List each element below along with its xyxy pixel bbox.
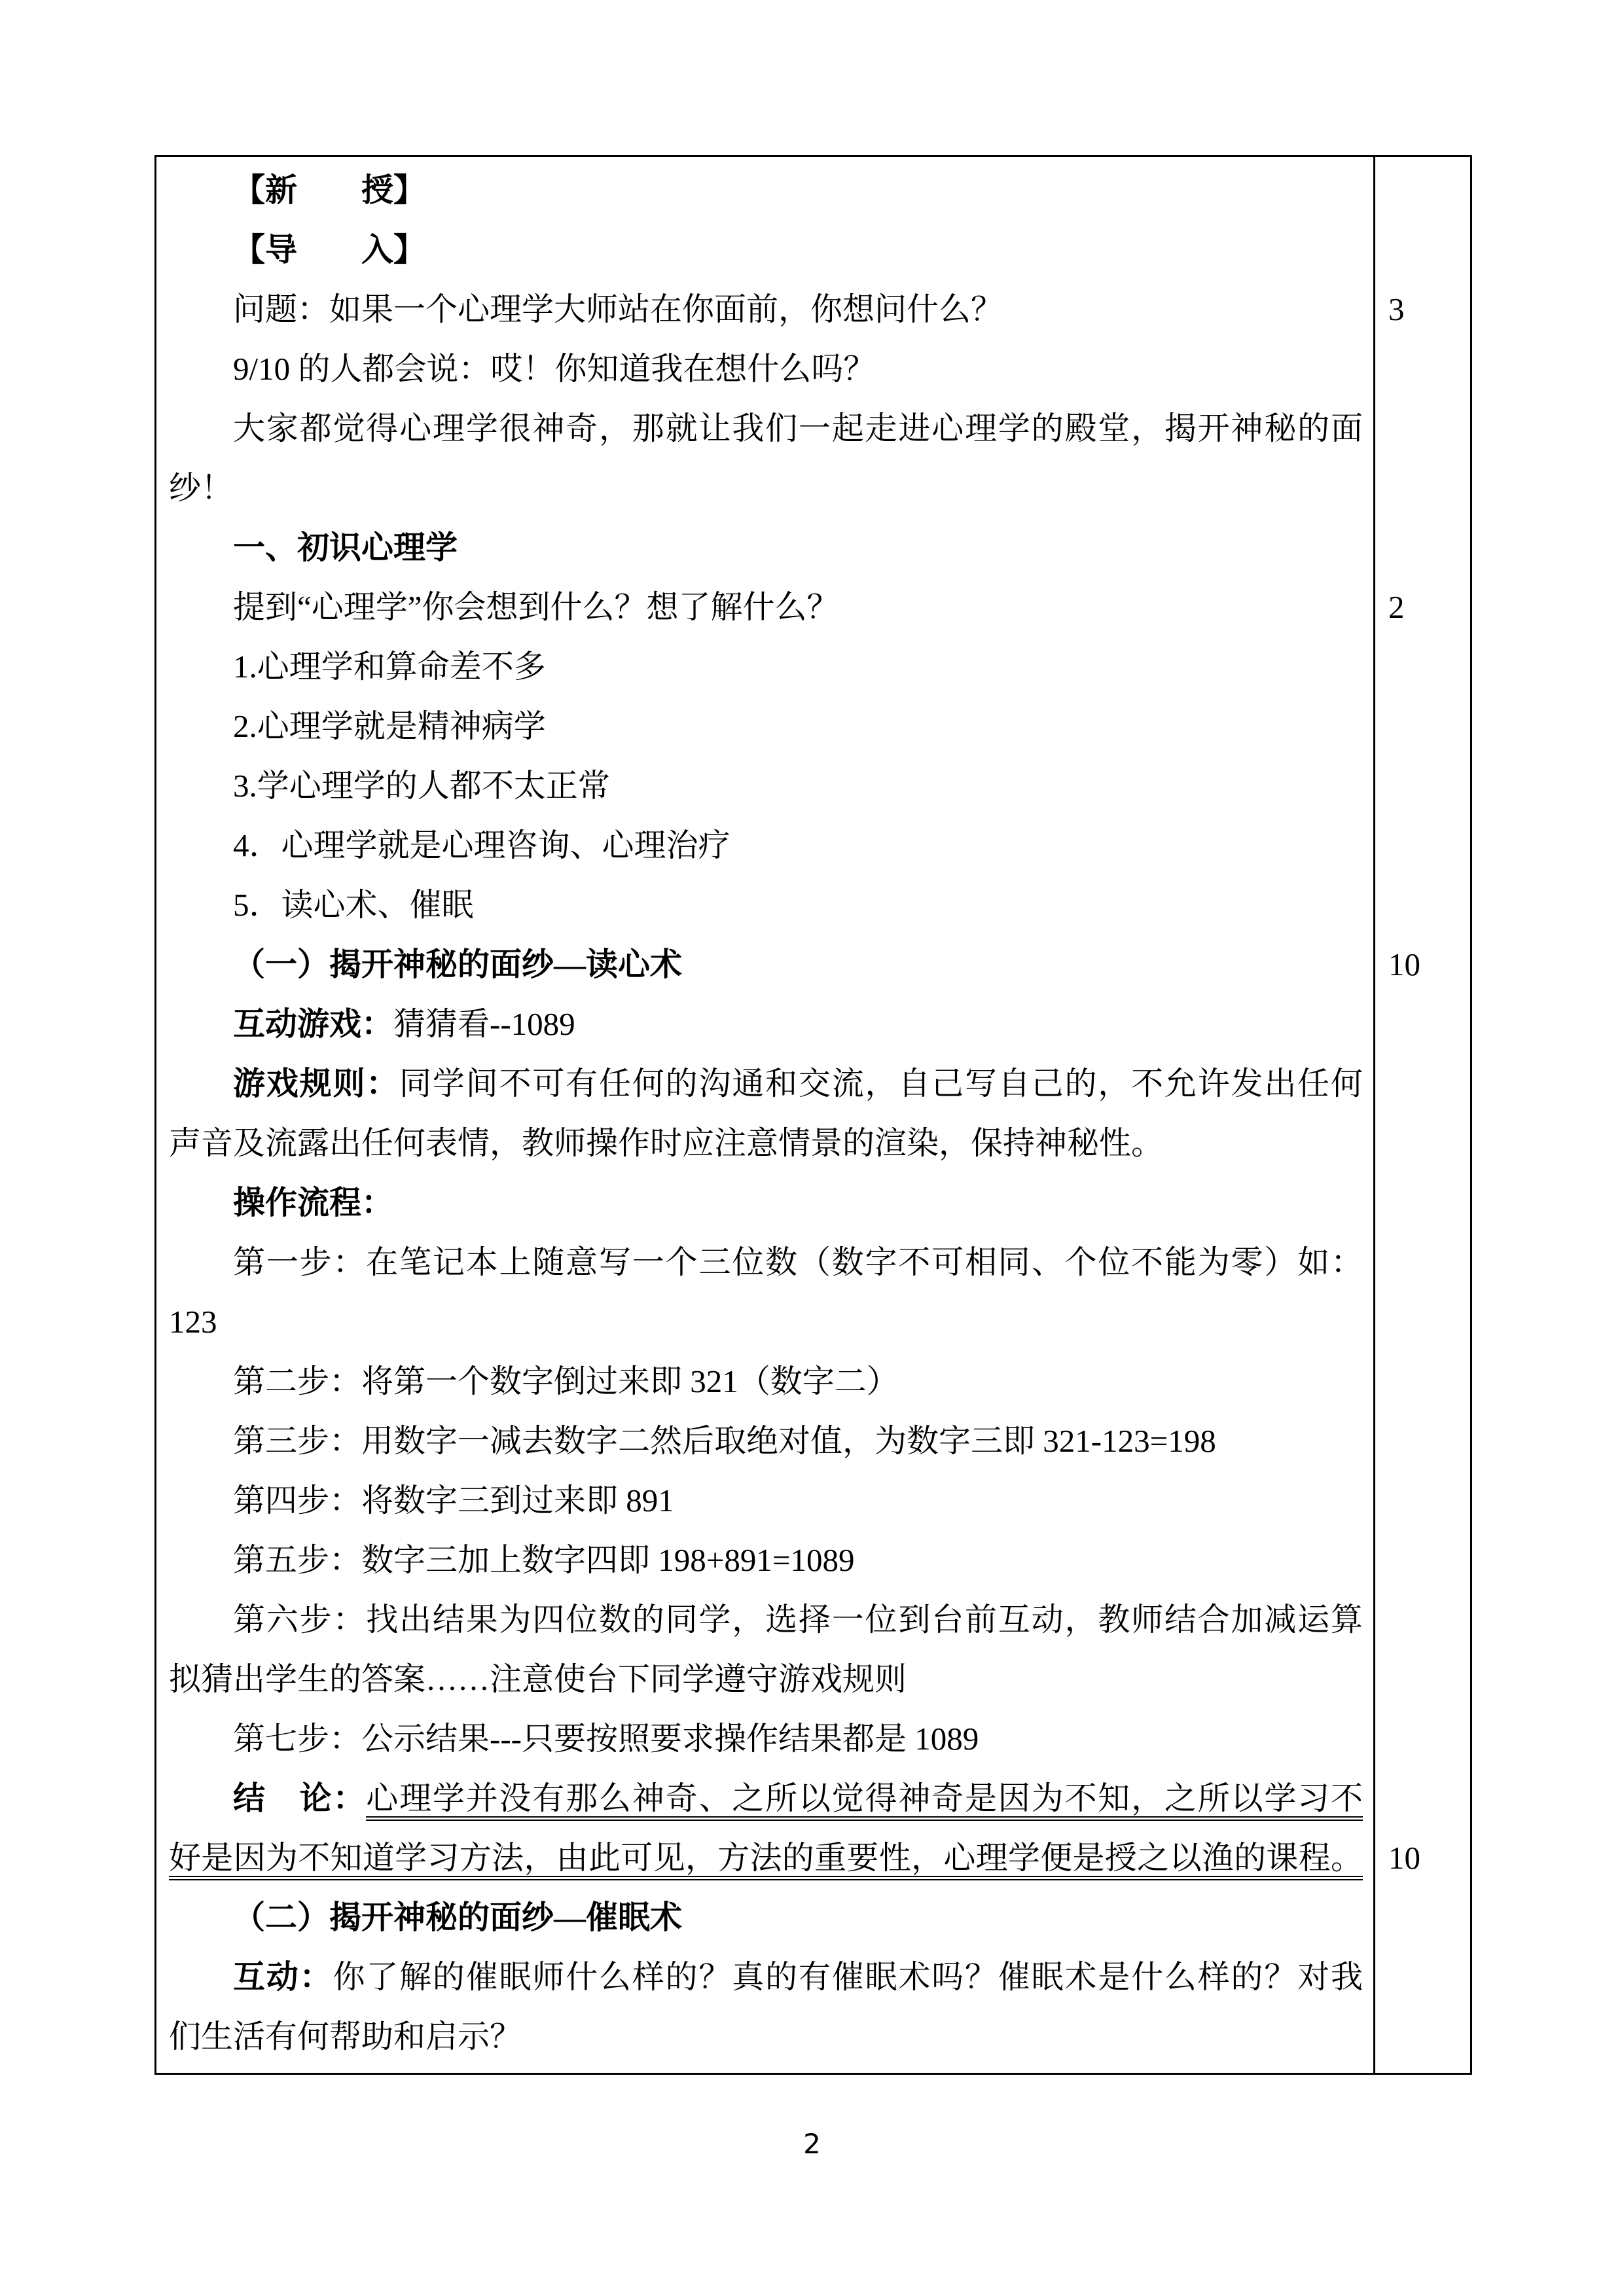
- text-line: （二）揭开神秘的面纱—催眠术: [169, 1888, 1363, 1947]
- document-page: 【新 授】【导 入】问题：如果一个心理学大师站在你面前，你想问什么？9/10 的…: [0, 0, 1624, 2296]
- text-segment: 第四步：将数字三到过来即 891: [233, 1482, 674, 1518]
- text-line: 1.心理学和算命差不多: [169, 637, 1363, 696]
- text-segment: 心理学并没有那么神奇、之所以觉得神奇是因为不知，之所以学习不: [366, 1780, 1363, 1821]
- text-segment: 4．心理学就是心理咨询、心理治疗: [233, 827, 731, 863]
- time-allocation-column: 321010: [1373, 157, 1470, 2073]
- text-segment: 【导 入】: [233, 232, 425, 268]
- text-line: 结 论：心理学并没有那么神奇、之所以觉得神奇是因为不知，之所以学习不: [169, 1768, 1363, 1828]
- text-line: 好是因为不知道学习方法，由此可见，方法的重要性，心理学便是授之以渔的课程。: [169, 1828, 1363, 1888]
- text-line: 互动游戏：猜猜看--1089: [169, 994, 1363, 1054]
- text-segment: 第一步：在笔记本上随意写一个三位数（数字不可相同、个位不能为零）如：: [233, 1244, 1363, 1280]
- text-segment: 好是因为不知道学习方法，由此可见，方法的重要性，心理学便是授之以渔的课程。: [169, 1840, 1363, 1880]
- text-segment: 3.学心理学的人都不太正常: [233, 768, 610, 804]
- lesson-content-cell: 【新 授】【导 入】问题：如果一个心理学大师站在你面前，你想问什么？9/10 的…: [156, 157, 1373, 2073]
- text-segment: 5．读心术、催眠: [233, 887, 474, 923]
- lesson-plan-table: 【新 授】【导 入】问题：如果一个心理学大师站在你面前，你想问什么？9/10 的…: [154, 155, 1472, 2075]
- text-segment: 提到“心理学”你会想到什么？想了解什么？: [233, 589, 839, 625]
- text-line: 【新 授】: [169, 160, 1363, 220]
- text-line: 第七步：公示结果---只要按照要求操作结果都是 1089: [169, 1709, 1363, 1768]
- time-allocation-value: 2: [1388, 577, 1405, 637]
- text-line: （一）揭开神秘的面纱—读心术: [169, 935, 1363, 994]
- text-line: 5．读心术、催眠: [169, 875, 1363, 935]
- text-segment: 结 论：: [233, 1780, 366, 1816]
- text-segment: 问题：如果一个心理学大师站在你面前，你想问什么？: [233, 291, 1003, 327]
- text-line: 第五步：数字三加上数字四即 198+891=1089: [169, 1530, 1363, 1590]
- text-segment: 操作流程：: [233, 1185, 393, 1221]
- text-segment: 声音及流露出任何表情，教师操作时应注意情景的渲染，保持神秘性。: [169, 1125, 1163, 1161]
- text-segment: 【新 授】: [233, 172, 425, 208]
- text-segment: 们生活有何帮助和启示？: [169, 2018, 522, 2054]
- time-allocation-value: 3: [1388, 279, 1405, 339]
- text-segment: 第三步：用数字一减去数字二然后取绝对值，为数字三即 321-123=198: [233, 1423, 1216, 1459]
- text-line: 提到“心理学”你会想到什么？想了解什么？: [169, 577, 1363, 637]
- text-segment: 9/10 的人都会说：哎！你知道我在想什么吗？: [233, 351, 875, 387]
- text-segment: 第六步：找出结果为四位数的同学，选择一位到台前互动，教师结合加减运算: [233, 1602, 1363, 1638]
- text-line: 第四步：将数字三到过来即 891: [169, 1471, 1363, 1530]
- text-segment: 互动游戏：: [233, 1006, 393, 1042]
- text-line: 们生活有何帮助和启示？: [169, 2007, 1363, 2066]
- text-line: 游戏规则：同学间不可有任何的沟通和交流，自己写自己的，不允许发出任何: [169, 1054, 1363, 1113]
- text-segment: 拟猜出学生的答案……注意使台下同学遵守游戏规则: [169, 1661, 907, 1697]
- text-segment: 纱！: [169, 470, 233, 506]
- text-line: 互动：你了解的催眠师什么样的？真的有催眠术吗？催眠术是什么样的？对我: [169, 1947, 1363, 2007]
- text-segment: 第五步：数字三加上数字四即 198+891=1089: [233, 1542, 855, 1578]
- time-allocation-value: 10: [1388, 1828, 1420, 1888]
- text-line: 第二步：将第一个数字倒过来即 321（数字二）: [169, 1352, 1363, 1411]
- text-line: 一、初识心理学: [169, 518, 1363, 577]
- text-segment: 2.心理学就是精神病学: [233, 708, 546, 744]
- text-segment: 第七步：公示结果---只要按照要求操作结果都是 1089: [233, 1721, 979, 1757]
- text-line: 大家都觉得心理学很神奇，那就让我们一起走进心理学的殿堂，揭开神秘的面: [169, 399, 1363, 458]
- text-segment: 猜猜看--1089: [393, 1006, 575, 1042]
- text-line: 【导 入】: [169, 220, 1363, 279]
- text-line: 问题：如果一个心理学大师站在你面前，你想问什么？: [169, 279, 1363, 339]
- text-line: 第一步：在笔记本上随意写一个三位数（数字不可相同、个位不能为零）如：: [169, 1232, 1363, 1292]
- text-line: 2.心理学就是精神病学: [169, 696, 1363, 756]
- text-segment: （二）揭开神秘的面纱—催眠术: [233, 1899, 682, 1935]
- time-allocation-value: 10: [1388, 935, 1420, 994]
- text-line: 9/10 的人都会说：哎！你知道我在想什么吗？: [169, 339, 1363, 399]
- text-line: 3.学心理学的人都不太正常: [169, 756, 1363, 816]
- text-line: 纱！: [169, 458, 1363, 518]
- text-segment: 同学间不可有任何的沟通和交流，自己写自己的，不允许发出任何: [399, 1066, 1363, 1102]
- text-segment: （一）揭开神秘的面纱—读心术: [233, 946, 682, 982]
- text-segment: 游戏规则：: [233, 1066, 399, 1102]
- text-line: 第六步：找出结果为四位数的同学，选择一位到台前互动，教师结合加减运算: [169, 1590, 1363, 1649]
- text-line: 声音及流露出任何表情，教师操作时应注意情景的渲染，保持神秘性。: [169, 1113, 1363, 1173]
- text-segment: 一、初识心理学: [233, 529, 458, 565]
- text-line: 第三步：用数字一减去数字二然后取绝对值，为数字三即 321-123=198: [169, 1411, 1363, 1471]
- text-segment: 你了解的催眠师什么样的？真的有催眠术吗？催眠术是什么样的？对我: [333, 1959, 1363, 1995]
- page-number: 2: [0, 2128, 1624, 2160]
- text-segment: 1.心理学和算命差不多: [233, 649, 546, 685]
- text-line: 操作流程：: [169, 1173, 1363, 1232]
- text-line: 123: [169, 1292, 1363, 1352]
- text-segment: 互动：: [233, 1959, 333, 1995]
- text-segment: 123: [169, 1304, 217, 1340]
- text-segment: 大家都觉得心理学很神奇，那就让我们一起走进心理学的殿堂，揭开神秘的面: [233, 410, 1363, 446]
- text-line: 拟猜出学生的答案……注意使台下同学遵守游戏规则: [169, 1649, 1363, 1709]
- text-segment: 第二步：将第一个数字倒过来即 321（数字二）: [233, 1363, 899, 1399]
- text-line: 4．心理学就是心理咨询、心理治疗: [169, 816, 1363, 875]
